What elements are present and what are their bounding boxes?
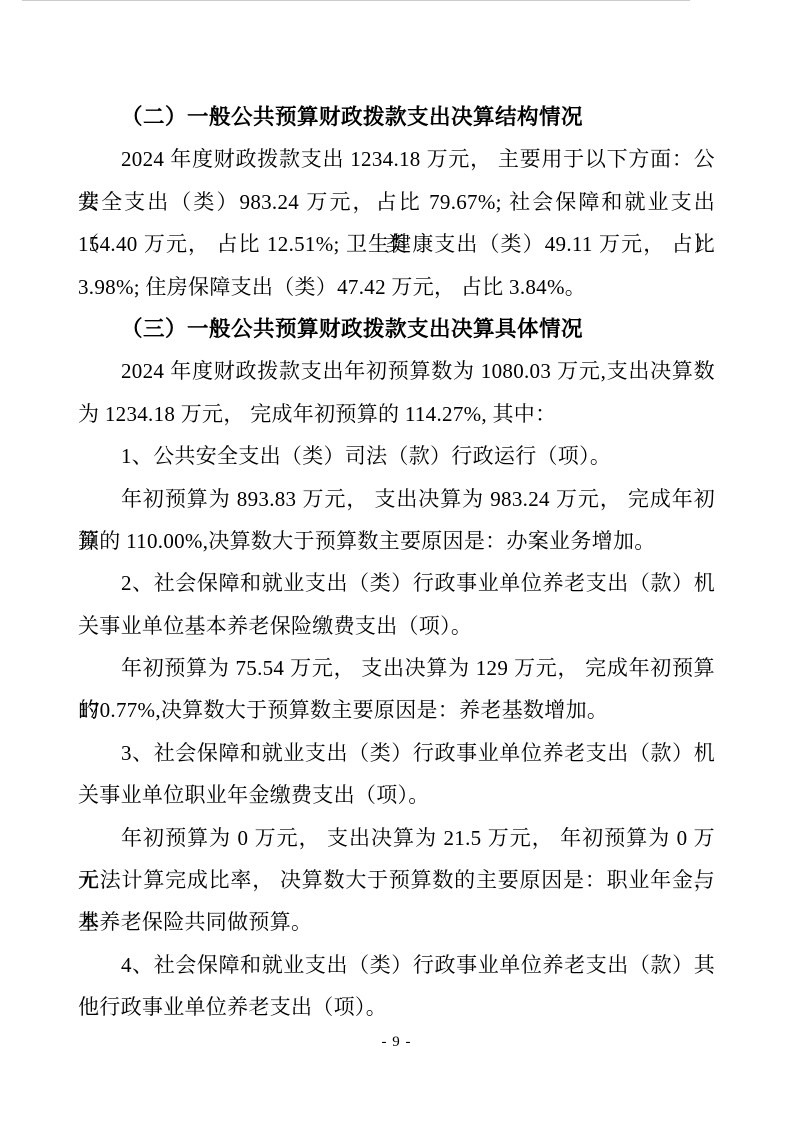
heading-line: （三）一般公共预算财政拨款支出决算具体情况 [78,308,715,350]
text-line: 170.77%,决算数大于预算数主要原因是：养老基数增加。 [78,689,715,731]
text-line: 2024 年度财政拨款支出年初预算数为 1080.03 万元,支出决算数 [78,350,715,392]
document-page: （二）一般公共预算财政拨款支出决算结构情况2024 年度财政拨款支出 1234.… [0,0,793,1122]
paragraph: 2024 年度财政拨款支出年初预算数为 1080.03 万元,支出决算数为 12… [78,350,715,435]
text-line: 他行政事业单位养老支出（项）。 [78,986,715,1028]
document-content: （二）一般公共预算财政拨款支出决算结构情况2024 年度财政拨款支出 1234.… [78,96,715,1029]
text-line: 关事业单位基本养老保险缴费支出（项）。 [78,605,715,647]
text-line: 年初预算为 893.83 万元， 支出决算为 983.24 万元， 完成年初预 [78,478,715,520]
text-line: 1、公共安全支出（类）司法（款）行政运行（项）。 [78,435,715,477]
text-line: 154.40 万元， 占比 12.51%; 卫生健康支出（类）49.11 万元，… [78,223,715,265]
text-line: 关事业单位职业年金缴费支出（项）。 [78,774,715,816]
heading-line: （二）一般公共预算财政拨款支出决算结构情况 [78,96,715,138]
text-line: 无法计算完成比率， 决算数大于预算数的主要原因是：职业年金与基 [78,859,715,901]
paragraph: 2024 年度财政拨款支出 1234.18 万元， 主要用于以下方面：公共安全支… [78,138,715,308]
paragraph: 2、社会保障和就业支出（类）行政事业单位养老支出（款）机关事业单位基本养老保险缴… [78,562,715,647]
text-line: 3、社会保障和就业支出（类）行政事业单位养老支出（款）机 [78,732,715,774]
text-line: 本养老保险共同做预算。 [78,901,715,943]
text-line: 2024 年度财政拨款支出 1234.18 万元， 主要用于以下方面：公共 [78,138,715,180]
text-line: 算的 110.00%,决算数大于预算数主要原因是：办案业务增加。 [78,520,715,562]
section-heading: （二）一般公共预算财政拨款支出决算结构情况 [78,96,715,138]
text-line: 年初预算为 75.54 万元， 支出决算为 129 万元， 完成年初预算的 [78,647,715,689]
section-heading: （三）一般公共预算财政拨款支出决算具体情况 [78,308,715,350]
text-line: 年初预算为 0 万元， 支出决算为 21.5 万元， 年初预算为 0 万元， [78,817,715,859]
text-line: 安全支出（类）983.24 万元，占比 79.67%; 社会保障和就业支出（类） [78,181,715,223]
text-line: 4、社会保障和就业支出（类）行政事业单位养老支出（款）其 [78,944,715,986]
paragraph: 3、社会保障和就业支出（类）行政事业单位养老支出（款）机关事业单位职业年金缴费支… [78,732,715,817]
text-line: 为 1234.18 万元， 完成年初预算的 114.27%, 其中： [78,393,715,435]
page-number: - 9 - [0,1034,793,1051]
paragraph: 年初预算为 893.83 万元， 支出决算为 983.24 万元， 完成年初预算… [78,478,715,563]
scan-edge-artifact [22,0,690,1]
paragraph: 1、公共安全支出（类）司法（款）行政运行（项）。 [78,435,715,477]
paragraph: 4、社会保障和就业支出（类）行政事业单位养老支出（款）其他行政事业单位养老支出（… [78,944,715,1029]
paragraph: 年初预算为 75.54 万元， 支出决算为 129 万元， 完成年初预算的170… [78,647,715,732]
paragraph: 年初预算为 0 万元， 支出决算为 21.5 万元， 年初预算为 0 万元，无法… [78,817,715,944]
text-line: 3.98%; 住房保障支出（类）47.42 万元， 占比 3.84%。 [78,266,715,308]
text-line: 2、社会保障和就业支出（类）行政事业单位养老支出（款）机 [78,562,715,604]
